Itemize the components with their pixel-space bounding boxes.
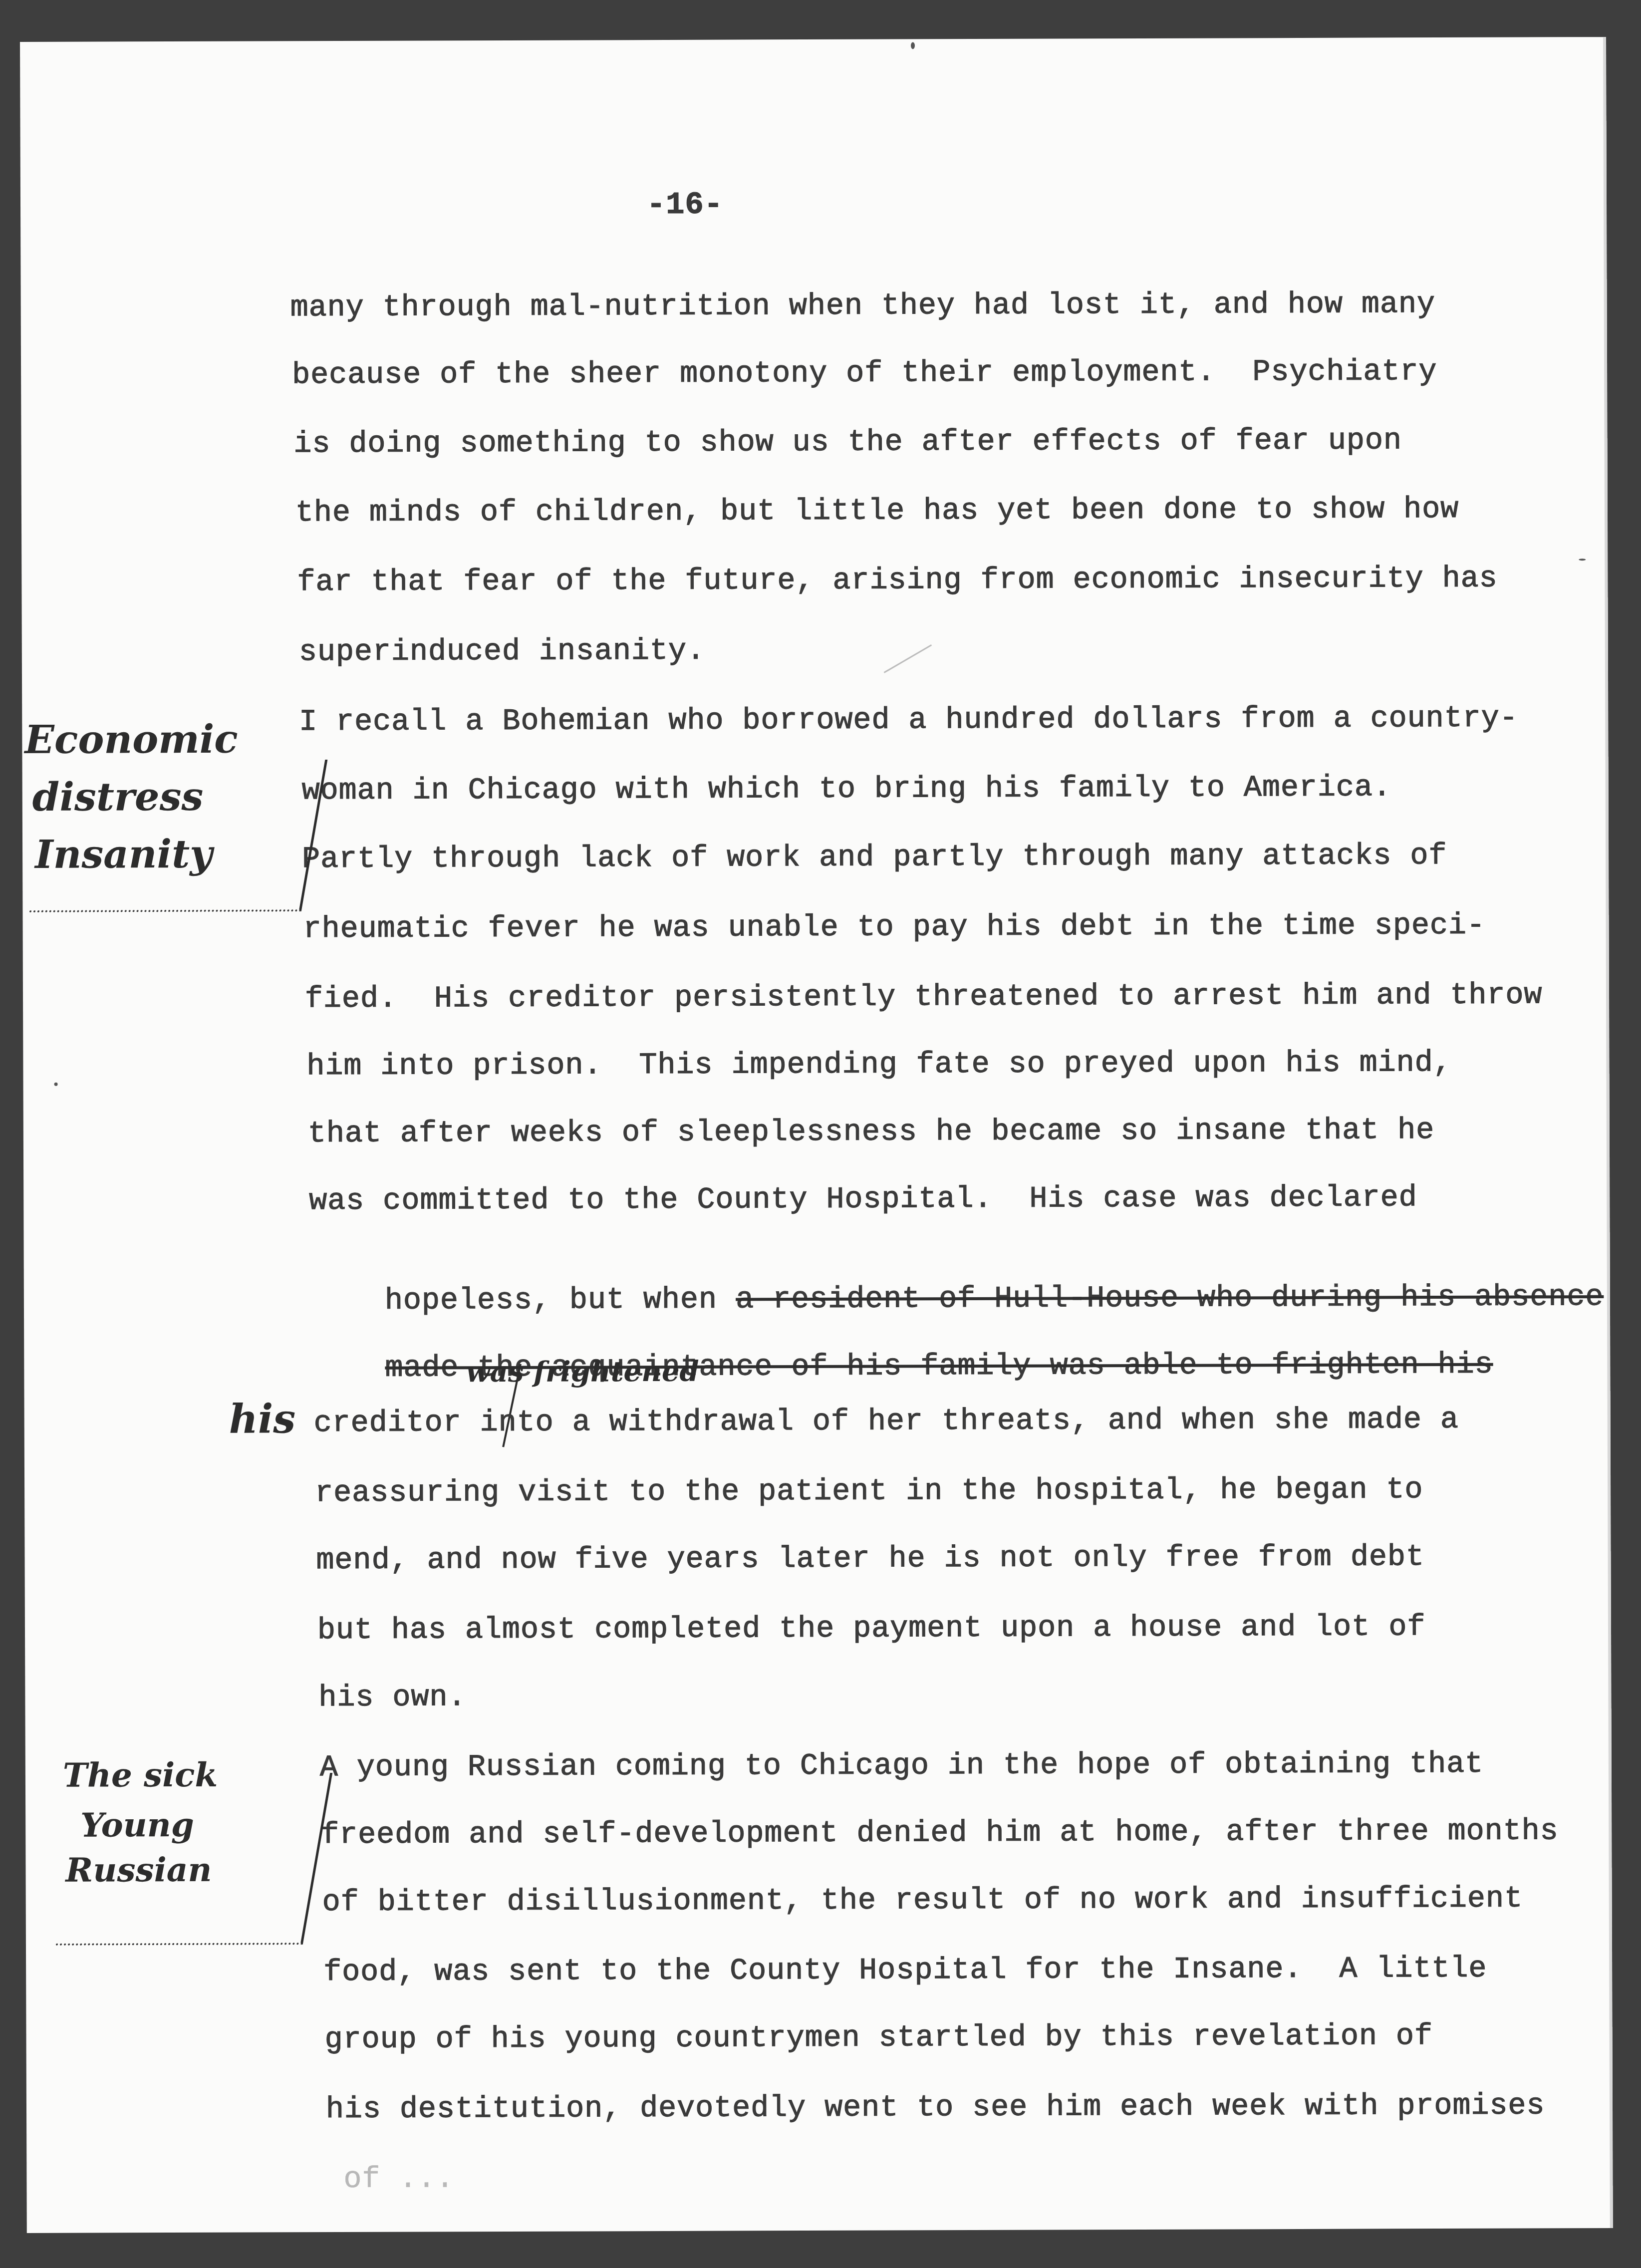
text-line: that after weeks of sleeplessness he bec… [308,1116,1435,1149]
paper-speck [54,1083,58,1086]
text-line: was committed to the County Hospital. Hi… [309,1183,1417,1216]
text-line: reassuring visit to the patient in the h… [315,1475,1423,1508]
text-line: is doing something to show us the after … [293,426,1402,459]
text-line: fied. His creditor persistently threaten… [305,980,1543,1014]
margin-note-bracket [29,760,328,912]
text-line: rheumatic fever he was unable to pay his… [303,911,1485,944]
text-line: his own. [318,1683,466,1713]
text-line: his destitution, devotedly went to see h… [326,2091,1545,2125]
page-number: -16- [647,190,723,221]
text-line: of bitter disillusionment, the result of… [322,1884,1523,1918]
document-page: -16- many through mal-nutrition when the… [20,37,1613,2233]
text-line: woman in Chicago with which to bring his… [302,773,1392,806]
text-line: far that fear of the future, arising fro… [297,564,1498,598]
margin-note-bracket [56,1773,333,1946]
text-line: superinduced insanity. [299,636,705,668]
text-line: A young Russian coming to Chicago in the… [320,1749,1484,1783]
text-line: the minds of children, but little has ye… [295,495,1459,528]
paper-scratch [884,644,932,673]
text-line-kept: hopeless, but when [385,1283,736,1318]
margin-note-economic-distress-insanity: Economic distress Insanity [20,37,1606,42]
text-line: food, was sent to the County Hospital fo… [323,1954,1487,1987]
text-line: but has almost completed the payment upo… [317,1612,1426,1646]
text-line: many through mal-nutrition when they had… [290,289,1436,323]
text-line: Partly through lack of work and partly t… [302,841,1447,874]
faded-text-line: of ... [343,2164,454,2195]
text-line: group of his young countrymen startled b… [324,2021,1433,2055]
paper-speck [911,42,915,49]
struck-text: a resident of Hull-House who during his … [736,1280,1604,1317]
margin-insertion-his: his [229,1399,296,1438]
text-line: creditor into a withdrawal of her threat… [314,1405,1459,1438]
text-line: because of the sheer monotony of their e… [292,357,1437,390]
margin-note-line: Economic [24,720,238,760]
paper-speck [1579,559,1586,561]
text-line: freedom and self-development denied him … [321,1816,1559,1850]
text-line: I recall a Bohemian who borrowed a hundr… [299,704,1518,738]
interlinear-insertion: was frightened [466,1358,699,1386]
margin-note-young-russian: The sick Young Russian [20,37,1606,42]
text-line: him into prison. This impending fate so … [306,1048,1452,1082]
text-line: mend, and now five years later he is not… [316,1542,1424,1576]
